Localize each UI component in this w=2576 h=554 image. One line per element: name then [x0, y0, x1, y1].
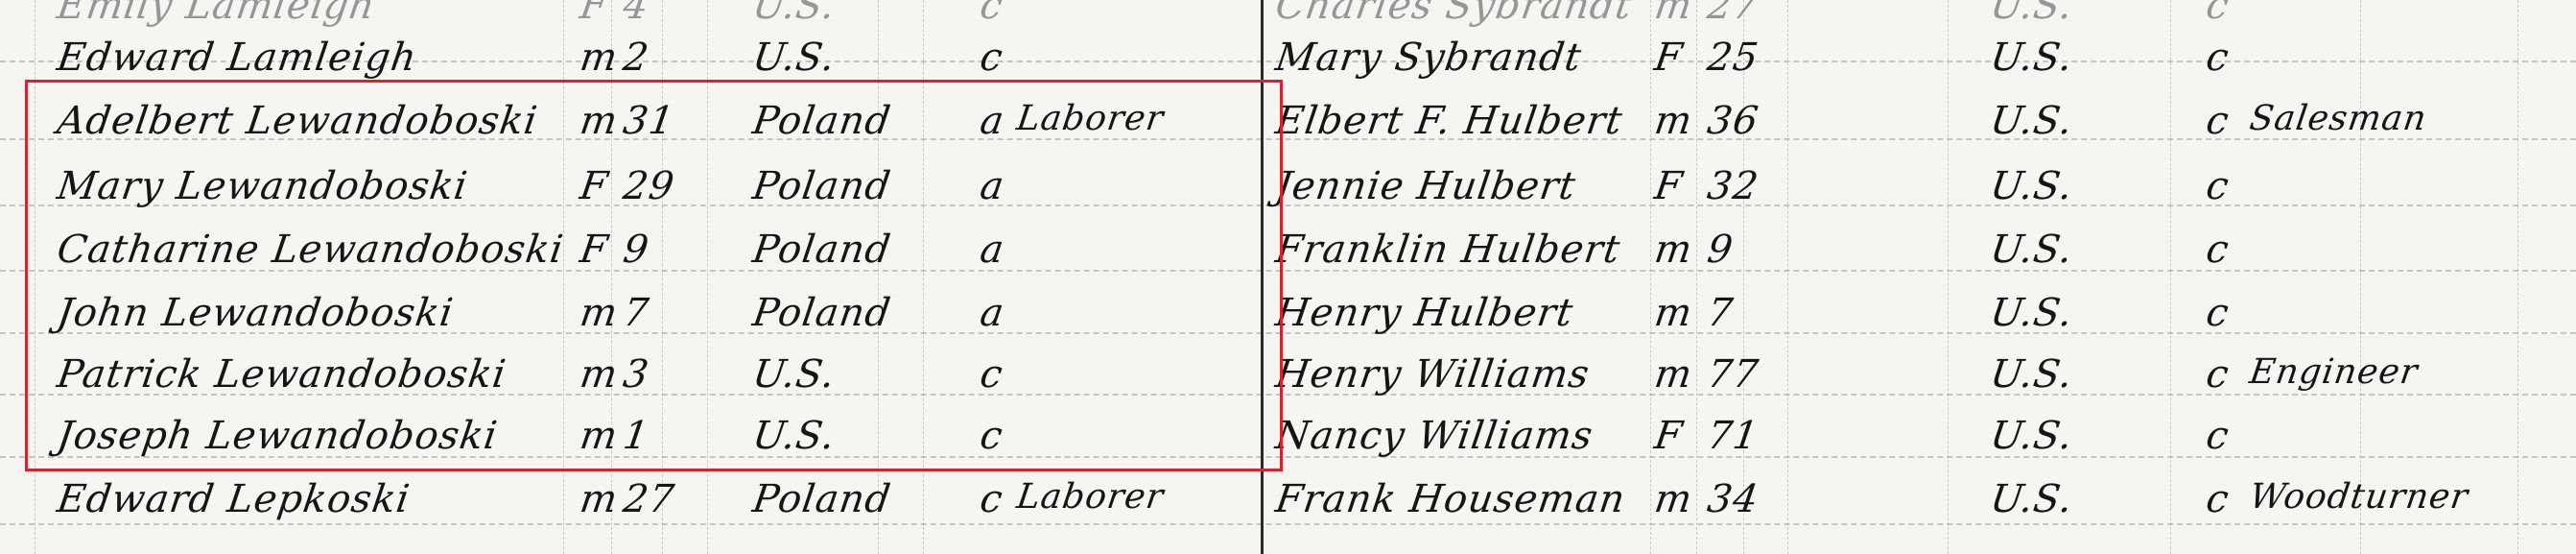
entry-code: a — [978, 102, 1006, 140]
entry-name: Edward Lamleigh — [55, 38, 419, 77]
entry-birthplace: U.S. — [750, 38, 838, 77]
entry-name: Catharine Lewandoboski — [55, 230, 566, 269]
column-rule — [2170, 0, 2171, 554]
entry-sex: F — [578, 167, 610, 205]
entry-code: c — [2204, 0, 2232, 25]
entry-name: Nancy Williams — [1273, 417, 1595, 455]
column-rule — [2517, 0, 2518, 554]
column-rule — [611, 0, 612, 554]
entry-code: c — [978, 480, 1005, 518]
entry-birthplace: U.S. — [1988, 167, 2075, 205]
entry-age: 32 — [1705, 167, 1761, 205]
entry-code: c — [978, 0, 1005, 25]
entry-sex: F — [578, 0, 610, 25]
entry-birthplace: U.S. — [1988, 294, 2075, 332]
entry-name: John Lewandoboski — [55, 294, 456, 332]
entry-sex: m — [578, 480, 621, 518]
column-rule — [1696, 0, 1697, 554]
column-rule — [1948, 0, 1949, 554]
entry-sex: m — [578, 294, 621, 332]
entry-name: Joseph Lewandoboski — [55, 417, 500, 455]
entry-name: Henry Williams — [1273, 355, 1592, 394]
entry-code: c — [2204, 417, 2232, 455]
entry-age: 4 — [621, 0, 651, 25]
entry-age: 27 — [621, 480, 677, 518]
entry-birthplace: Poland — [750, 102, 893, 140]
entry-name: Mary Sybrandt — [1273, 38, 1584, 77]
entry-name: Franklin Hulbert — [1273, 230, 1622, 269]
entry-age: 29 — [621, 167, 677, 205]
entry-birthplace: U.S. — [1988, 355, 2075, 394]
entry-code: c — [978, 355, 1005, 394]
entry-code: c — [978, 417, 1005, 455]
entry-name: Edward Lepkoski — [55, 480, 413, 518]
entry-age: 71 — [1705, 417, 1761, 455]
entry-age: 1 — [621, 417, 651, 455]
entry-age: 3 — [621, 355, 651, 394]
entry-birthplace: U.S. — [1988, 0, 2075, 25]
entry-sex: m — [1652, 355, 1695, 394]
entry-name: Elbert F. Hulbert — [1273, 102, 1625, 140]
entry-birthplace: U.S. — [750, 0, 838, 25]
column-rule — [1650, 0, 1651, 554]
entry-age: 27 — [1705, 0, 1761, 25]
entry-code: a — [978, 294, 1006, 332]
entry-sex: m — [578, 38, 621, 77]
entry-sex: F — [1652, 38, 1685, 77]
entry-sex: m — [1652, 480, 1695, 518]
entry-age: 9 — [1705, 230, 1736, 269]
entry-birthplace: U.S. — [1988, 38, 2075, 77]
column-rule — [878, 0, 879, 554]
entry-age: 7 — [621, 294, 651, 332]
entry-sex: m — [578, 102, 621, 140]
entry-occupation: Engineer — [2247, 355, 2420, 390]
entry-occupation: Laborer — [1014, 480, 1166, 515]
entry-name: Patrick Lewandoboski — [55, 355, 508, 394]
entry-birthplace: Poland — [750, 167, 893, 205]
column-rule — [1743, 0, 1744, 554]
row-rule — [0, 523, 2576, 525]
entry-name: Charles Sybrandt — [1273, 0, 1635, 25]
entry-sex: m — [1652, 102, 1695, 140]
entry-occupation: Woodturner — [2247, 480, 2470, 515]
entry-birthplace: Poland — [750, 294, 893, 332]
entry-sex: m — [578, 417, 621, 455]
entry-birthplace: U.S. — [750, 355, 838, 394]
entry-age: 34 — [1705, 480, 1761, 518]
entry-code: a — [978, 167, 1006, 205]
entry-code: c — [978, 38, 1005, 77]
entry-code: c — [2204, 102, 2232, 140]
entry-birthplace: Poland — [750, 230, 893, 269]
entry-name: Jennie Hulbert — [1273, 167, 1578, 205]
entry-occupation: Laborer — [1014, 102, 1166, 136]
entry-code: a — [978, 230, 1006, 269]
entry-age: 36 — [1705, 102, 1761, 140]
entry-sex: m — [1652, 294, 1695, 332]
entry-name: Mary Lewandoboski — [55, 167, 470, 205]
entry-birthplace: U.S. — [750, 417, 838, 455]
entry-name: Henry Hulbert — [1273, 294, 1575, 332]
entry-age: 2 — [621, 38, 651, 77]
entry-sex: F — [1652, 167, 1685, 205]
entry-age: 7 — [1705, 294, 1736, 332]
column-rule — [923, 0, 924, 554]
entry-code: c — [2204, 230, 2232, 269]
entry-code: c — [2204, 480, 2232, 518]
entry-birthplace: U.S. — [1988, 230, 2075, 269]
entry-code: c — [2204, 38, 2232, 77]
entry-code: c — [2204, 355, 2232, 394]
entry-name: Adelbert Lewandoboski — [55, 102, 540, 140]
entry-name: Emily Lamleigh — [55, 0, 378, 25]
census-ledger-sheet: Emily LamleighF4U.S.cEdward Lamleighm2U.… — [0, 0, 2576, 554]
entry-sex: F — [1652, 417, 1685, 455]
entry-birthplace: U.S. — [1988, 102, 2075, 140]
entry-age: 9 — [621, 230, 651, 269]
column-rule — [662, 0, 663, 554]
entry-sex: F — [578, 230, 610, 269]
entry-occupation: Salesman — [2247, 102, 2428, 136]
entry-sex: m — [1652, 230, 1695, 269]
entry-birthplace: Poland — [750, 480, 893, 518]
column-rule — [1787, 0, 1788, 554]
entry-sex: m — [578, 355, 621, 394]
entry-name: Frank Houseman — [1273, 480, 1628, 518]
column-rule — [35, 0, 35, 554]
entry-birthplace: U.S. — [1988, 480, 2075, 518]
column-rule — [707, 0, 708, 554]
entry-code: c — [2204, 294, 2232, 332]
entry-age: 25 — [1705, 38, 1761, 77]
entry-age: 77 — [1705, 355, 1761, 394]
entry-code: c — [2204, 167, 2232, 205]
entry-sex: m — [1652, 0, 1695, 25]
page-divider — [1261, 0, 1264, 554]
entry-birthplace: U.S. — [1988, 417, 2075, 455]
column-rule — [2360, 0, 2361, 554]
column-rule — [563, 0, 564, 554]
entry-age: 31 — [621, 102, 677, 140]
